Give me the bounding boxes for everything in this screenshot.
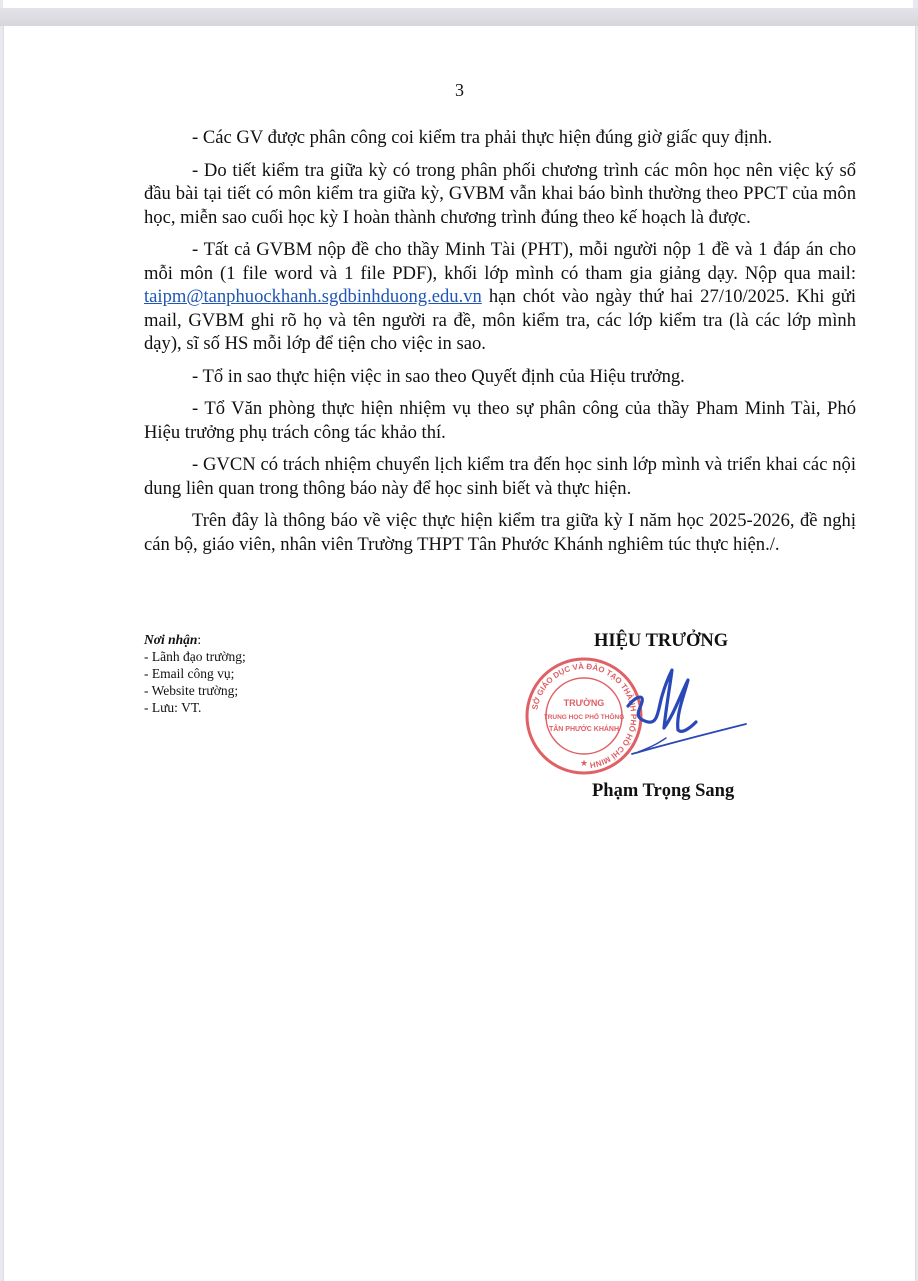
recipient-item: - Lưu: VT. <box>144 699 246 716</box>
paragraph-printing: - Tổ in sao thực hiện việc in sao theo Q… <box>144 365 856 389</box>
page-number: 3 <box>4 80 915 101</box>
signature-block: HIỆU TRƯỞNG SỞ GIÁO DỤC VÀ ĐÀO TẠO THÀNH… <box>514 626 814 826</box>
document-page: 3 - Các GV được phân công coi kiểm tra p… <box>3 26 916 1281</box>
recipients-block: Nơi nhận: - Lãnh đạo trường; - Email côn… <box>144 631 246 716</box>
handwritten-signature-icon <box>614 656 754 766</box>
recipients-label: Nơi nhận <box>144 632 197 647</box>
document-body: - Các GV được phân công coi kiểm tra phả… <box>144 126 856 565</box>
svg-text:TRUNG HỌC PHỔ THÔNG: TRUNG HỌC PHỔ THÔNG <box>544 712 625 721</box>
recipient-item: - Website trường; <box>144 682 246 699</box>
recipients-heading: Nơi nhận: <box>144 631 246 648</box>
submission-text-before: - Tất cả GVBM nộp đề cho thầy Minh Tài (… <box>144 239 856 284</box>
svg-text:TRƯỜNG: TRƯỜNG <box>564 697 605 708</box>
signer-name: Phạm Trọng Sang <box>592 781 734 802</box>
previous-page-edge <box>3 0 913 8</box>
paragraph-proctor-duty: - Các GV được phân công coi kiểm tra phả… <box>144 126 856 150</box>
svg-text:★: ★ <box>580 758 588 768</box>
recipient-item: - Email công vụ; <box>144 665 246 682</box>
page-gap <box>0 8 918 26</box>
paragraph-submission: - Tất cả GVBM nộp đề cho thầy Minh Tài (… <box>144 238 856 356</box>
recipient-item: - Lãnh đạo trường; <box>144 648 246 665</box>
signer-title: HIỆU TRƯỞNG <box>594 631 728 652</box>
paragraph-lesson-log: - Do tiết kiểm tra giữa kỳ có trong phân… <box>144 159 856 230</box>
paragraph-homeroom: - GVCN có trách nhiệm chuyển lịch kiểm t… <box>144 453 856 500</box>
email-link[interactable]: taipm@tanphuockhanh.sgdbinhduong.edu.vn <box>144 286 482 307</box>
svg-text:TÂN PHƯỚC KHÁNH: TÂN PHƯỚC KHÁNH <box>549 724 619 733</box>
paragraph-closing: Trên đây là thông báo về việc thực hiện … <box>144 509 856 556</box>
paragraph-office: - Tổ Văn phòng thực hiện nhiệm vụ theo s… <box>144 397 856 444</box>
